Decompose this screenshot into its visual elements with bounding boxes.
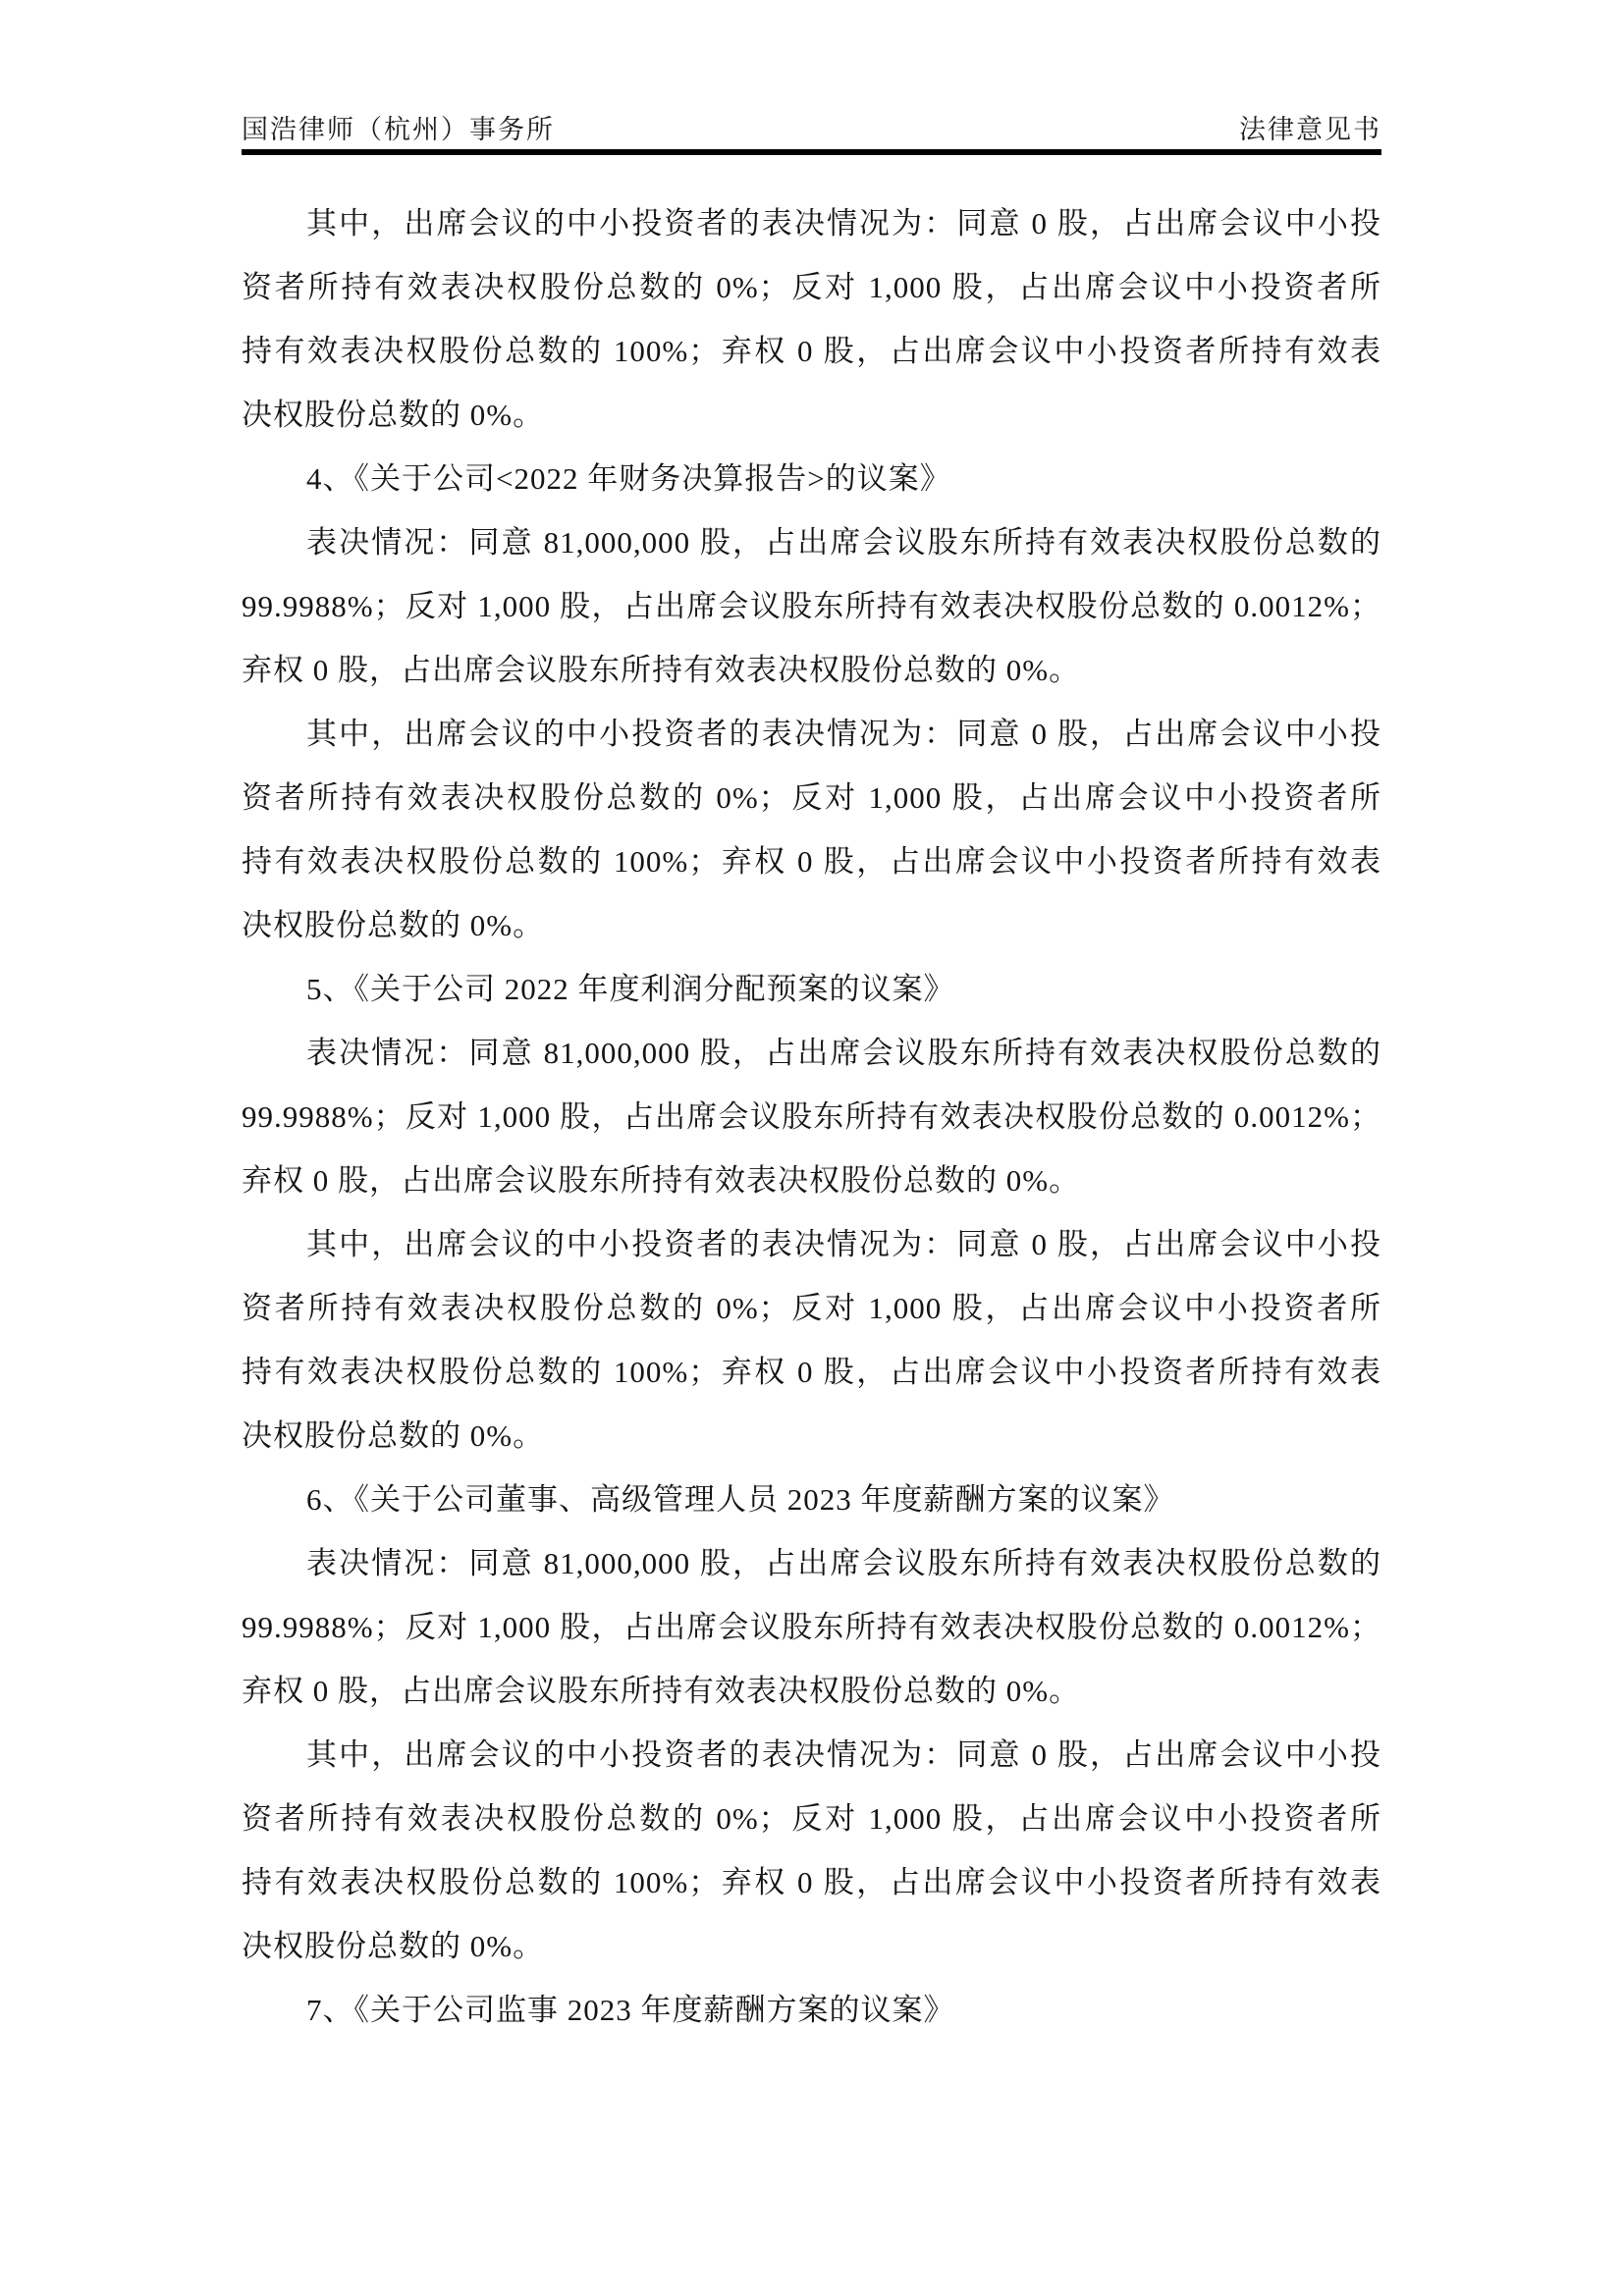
text-line: 决权股份总数的 0%。 bbox=[242, 1404, 1381, 1468]
body-paragraph: 表决情况：同意 81,000,000 股，占出席会议股东所持有效表决权股份总数的… bbox=[242, 510, 1381, 702]
text-line: 7、《关于公司监事 2023 年度薪酬方案的议案》 bbox=[242, 1978, 1381, 2042]
text-line: 99.9988%；反对 1,000 股，占出席会议股东所持有效表决权股份总数的 … bbox=[242, 574, 1381, 638]
doc-type-label: 法律意见书 bbox=[1239, 108, 1381, 146]
text-line: 表决情况：同意 81,000,000 股，占出席会议股东所持有效表决权股份总数的 bbox=[242, 510, 1381, 574]
text-line: 弃权 0 股，占出席会议股东所持有效表决权股份总数的 0%。 bbox=[242, 1659, 1381, 1723]
text-line: 资者所持有效表决权股份总数的 0%；反对 1,000 股，占出席会议中小投资者所 bbox=[242, 255, 1381, 319]
proposal-heading: 4、《关于公司<2022 年财务决算报告>的议案》 bbox=[242, 447, 1381, 510]
text-line: 其中，出席会议的中小投资者的表决情况为：同意 0 股，占出席会议中小投 bbox=[242, 191, 1381, 255]
text-line: 99.9988%；反对 1,000 股，占出席会议股东所持有效表决权股份总数的 … bbox=[242, 1595, 1381, 1659]
header-rule bbox=[242, 149, 1381, 155]
text-line: 决权股份总数的 0%。 bbox=[242, 1914, 1381, 1978]
body-paragraph: 表决情况：同意 81,000,000 股，占出席会议股东所持有效表决权股份总数的… bbox=[242, 1021, 1381, 1212]
body-paragraph: 其中，出席会议的中小投资者的表决情况为：同意 0 股，占出席会议中小投资者所持有… bbox=[242, 1212, 1381, 1468]
text-line: 决权股份总数的 0%。 bbox=[242, 893, 1381, 957]
proposal-heading: 7、《关于公司监事 2023 年度薪酬方案的议案》 bbox=[242, 1978, 1381, 2042]
page-header: 国浩律师（杭州）事务所 法律意见书 bbox=[242, 108, 1381, 146]
text-line: 4、《关于公司<2022 年财务决算报告>的议案》 bbox=[242, 447, 1381, 510]
body-paragraph: 其中，出席会议的中小投资者的表决情况为：同意 0 股，占出席会议中小投资者所持有… bbox=[242, 191, 1381, 447]
text-line: 弃权 0 股，占出席会议股东所持有效表决权股份总数的 0%。 bbox=[242, 1148, 1381, 1212]
body-paragraph: 其中，出席会议的中小投资者的表决情况为：同意 0 股，占出席会议中小投资者所持有… bbox=[242, 702, 1381, 957]
text-line: 决权股份总数的 0%。 bbox=[242, 383, 1381, 447]
text-line: 99.9988%；反对 1,000 股，占出席会议股东所持有效表决权股份总数的 … bbox=[242, 1085, 1381, 1148]
document-body: 其中，出席会议的中小投资者的表决情况为：同意 0 股，占出席会议中小投资者所持有… bbox=[242, 191, 1381, 2042]
text-line: 其中，出席会议的中小投资者的表决情况为：同意 0 股，占出席会议中小投 bbox=[242, 1212, 1381, 1276]
text-line: 弃权 0 股，占出席会议股东所持有效表决权股份总数的 0%。 bbox=[242, 638, 1381, 702]
text-line: 资者所持有效表决权股份总数的 0%；反对 1,000 股，占出席会议中小投资者所 bbox=[242, 1787, 1381, 1850]
text-line: 持有效表决权股份总数的 100%；弃权 0 股，占出席会议中小投资者所持有效表 bbox=[242, 319, 1381, 383]
body-paragraph: 表决情况：同意 81,000,000 股，占出席会议股东所持有效表决权股份总数的… bbox=[242, 1531, 1381, 1723]
text-line: 表决情况：同意 81,000,000 股，占出席会议股东所持有效表决权股份总数的 bbox=[242, 1531, 1381, 1595]
text-line: 资者所持有效表决权股份总数的 0%；反对 1,000 股，占出席会议中小投资者所 bbox=[242, 766, 1381, 829]
law-firm-name: 国浩律师（杭州）事务所 bbox=[242, 108, 555, 146]
text-line: 6、《关于公司董事、高级管理人员 2023 年度薪酬方案的议案》 bbox=[242, 1468, 1381, 1531]
text-line: 资者所持有效表决权股份总数的 0%；反对 1,000 股，占出席会议中小投资者所 bbox=[242, 1276, 1381, 1340]
proposal-heading: 5、《关于公司 2022 年度利润分配预案的议案》 bbox=[242, 957, 1381, 1021]
text-line: 5、《关于公司 2022 年度利润分配预案的议案》 bbox=[242, 957, 1381, 1021]
text-line: 其中，出席会议的中小投资者的表决情况为：同意 0 股，占出席会议中小投 bbox=[242, 1723, 1381, 1787]
text-line: 其中，出席会议的中小投资者的表决情况为：同意 0 股，占出席会议中小投 bbox=[242, 702, 1381, 766]
text-line: 持有效表决权股份总数的 100%；弃权 0 股，占出席会议中小投资者所持有效表 bbox=[242, 1850, 1381, 1914]
proposal-heading: 6、《关于公司董事、高级管理人员 2023 年度薪酬方案的议案》 bbox=[242, 1468, 1381, 1531]
body-paragraph: 其中，出席会议的中小投资者的表决情况为：同意 0 股，占出席会议中小投资者所持有… bbox=[242, 1723, 1381, 1978]
text-line: 持有效表决权股份总数的 100%；弃权 0 股，占出席会议中小投资者所持有效表 bbox=[242, 829, 1381, 893]
text-line: 持有效表决权股份总数的 100%；弃权 0 股，占出席会议中小投资者所持有效表 bbox=[242, 1340, 1381, 1404]
text-line: 表决情况：同意 81,000,000 股，占出席会议股东所持有效表决权股份总数的 bbox=[242, 1021, 1381, 1085]
document-page: 国浩律师（杭州）事务所 法律意见书 其中，出席会议的中小投资者的表决情况为：同意… bbox=[0, 0, 1623, 2296]
